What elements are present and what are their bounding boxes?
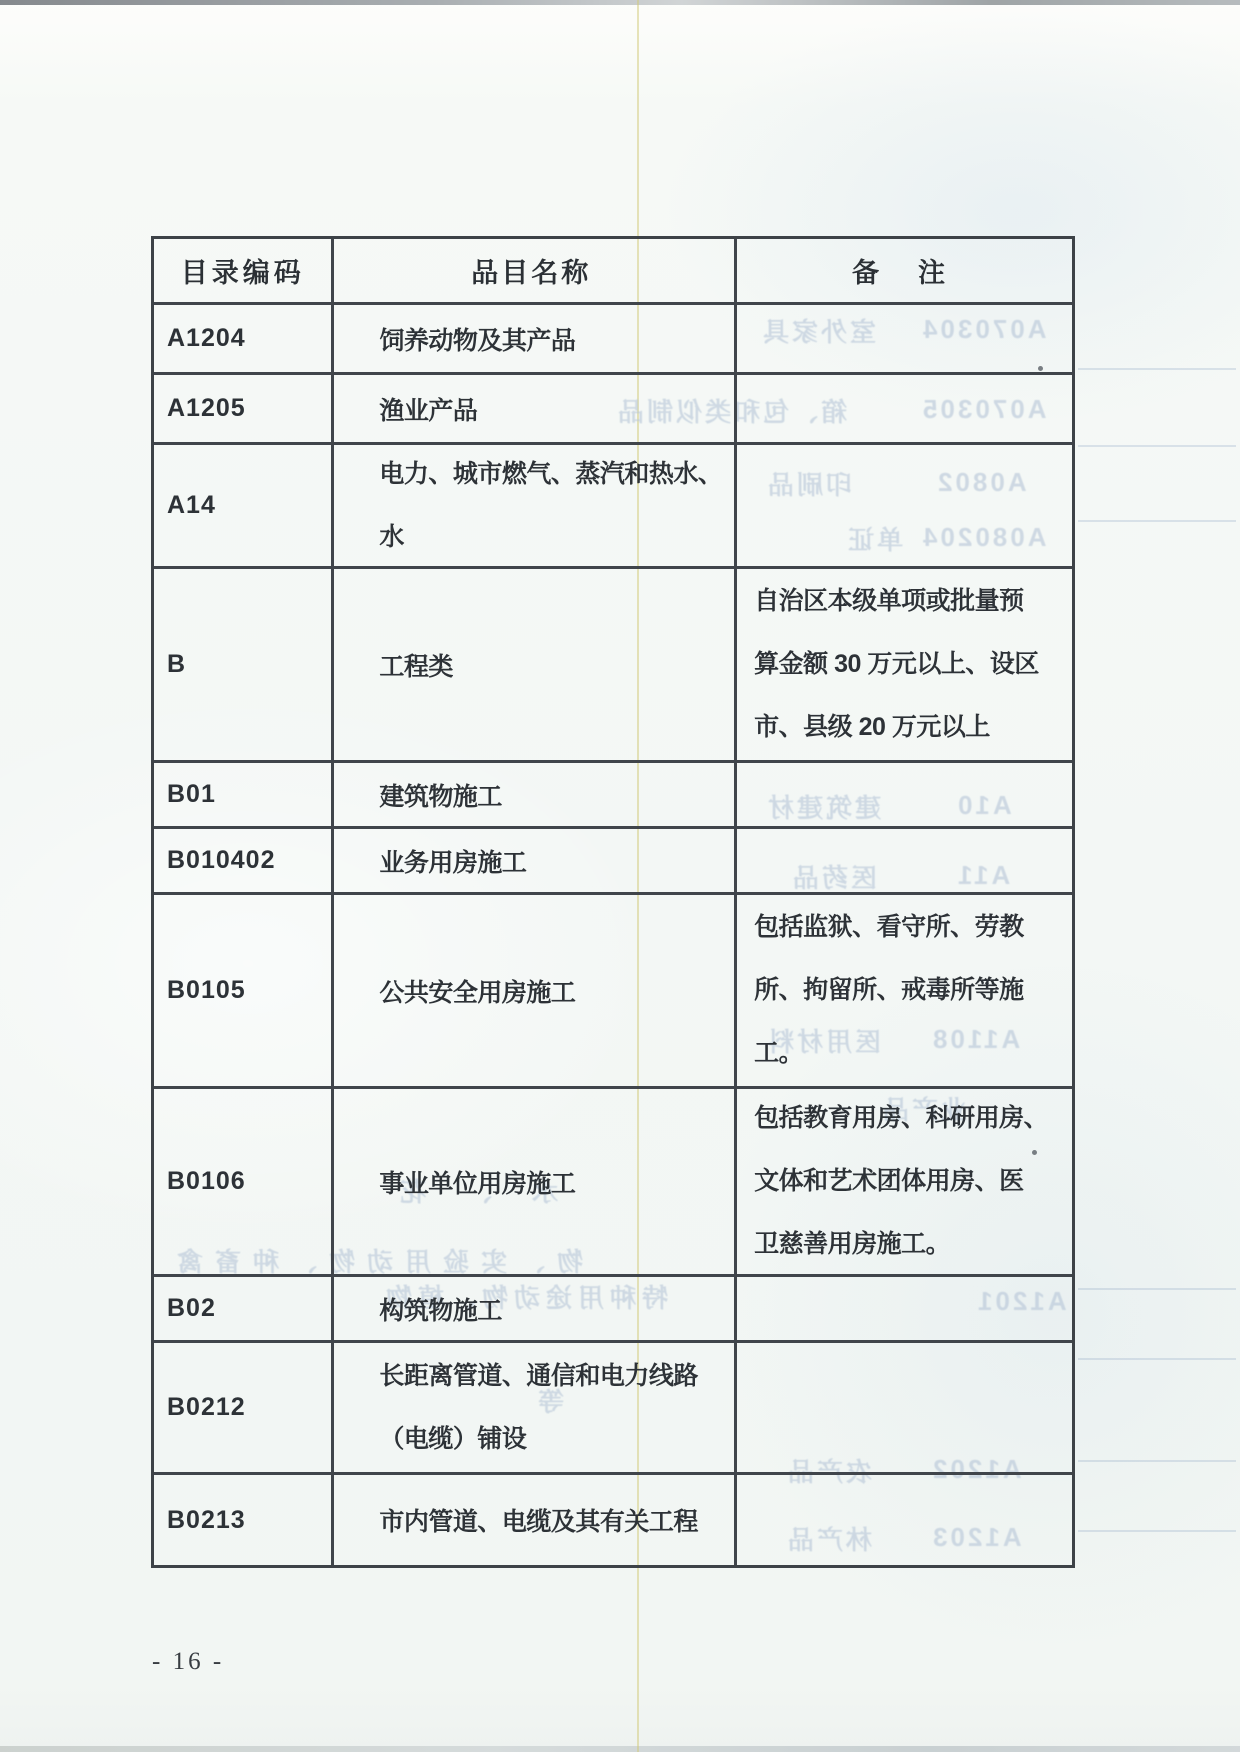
table-header-row: 目录编码 品目名称 备 注 <box>154 239 1072 305</box>
table-row: B010402 业务用房施工 <box>154 829 1072 895</box>
bleedthrough-line <box>1078 520 1236 522</box>
bleedthrough-line <box>1078 368 1236 370</box>
table-row: A1204 饲养动物及其产品 <box>154 305 1072 375</box>
cell-name: 构筑物施工 <box>334 1277 737 1340</box>
cell-remark: 自治区本级单项或批量预 算金额 30 万元以上、设区 市、县级 20 万元以上 <box>737 569 1072 760</box>
cell-name: 公共安全用房施工 <box>334 895 737 1086</box>
header-name: 品目名称 <box>334 239 737 302</box>
cell-code: B0105 <box>154 895 334 1086</box>
cell-remark <box>737 829 1072 892</box>
cell-code: A1204 <box>154 305 334 372</box>
cell-remark <box>737 1343 1072 1472</box>
header-remark: 备 注 <box>737 239 1072 302</box>
table-row: A14 电力、城市燃气、蒸汽和热水、 水 <box>154 445 1072 569</box>
cell-remark: 包括教育用房、科研用房、 文体和艺术团体用房、医 卫慈善用房施工。 <box>737 1089 1072 1274</box>
cell-code: B0212 <box>154 1343 334 1472</box>
cell-code: B010402 <box>154 829 334 892</box>
table-row: B0106 事业单位用房施工 包括教育用房、科研用房、 文体和艺术团体用房、医 … <box>154 1089 1072 1277</box>
cell-remark <box>737 445 1072 566</box>
cell-remark <box>737 1277 1072 1340</box>
cell-name: 渔业产品 <box>334 375 737 442</box>
cell-name: 市内管道、电缆及其有关工程 <box>334 1475 737 1565</box>
bleedthrough-line <box>1078 1288 1236 1290</box>
cell-code: B0106 <box>154 1089 334 1274</box>
page-number: - 16 - <box>152 1648 224 1676</box>
cell-remark <box>737 1475 1072 1565</box>
scan-edge-bottom <box>0 1746 1240 1752</box>
cell-remark <box>737 763 1072 826</box>
cell-code: A14 <box>154 445 334 566</box>
cell-remark: 包括监狱、看守所、劳教 所、拘留所、戒毒所等施 工。 <box>737 895 1072 1086</box>
cell-remark <box>737 375 1072 442</box>
cell-name: 业务用房施工 <box>334 829 737 892</box>
cell-code: B01 <box>154 763 334 826</box>
scan-edge-top <box>0 0 1240 5</box>
cell-name: 工程类 <box>334 569 737 760</box>
table-row: B01 建筑物施工 <box>154 763 1072 829</box>
cell-name: 建筑物施工 <box>334 763 737 826</box>
bleedthrough-line <box>1078 1530 1236 1532</box>
cell-code: A1205 <box>154 375 334 442</box>
table-row: B0213 市内管道、电缆及其有关工程 <box>154 1475 1072 1565</box>
table-row: B02 构筑物施工 <box>154 1277 1072 1343</box>
table-row: B0212 长距离管道、通信和电力线路 （电缆）铺设 <box>154 1343 1072 1475</box>
cell-remark <box>737 305 1072 372</box>
cell-code: B02 <box>154 1277 334 1340</box>
bleedthrough-line <box>1078 1358 1236 1360</box>
cell-name: 事业单位用房施工 <box>334 1089 737 1274</box>
cell-name: 长距离管道、通信和电力线路 （电缆）铺设 <box>334 1343 737 1472</box>
table-row: B 工程类 自治区本级单项或批量预 算金额 30 万元以上、设区 市、县级 20… <box>154 569 1072 763</box>
table-row: B0105 公共安全用房施工 包括监狱、看守所、劳教 所、拘留所、戒毒所等施 工… <box>154 895 1072 1089</box>
header-code: 目录编码 <box>154 239 334 302</box>
cell-name: 电力、城市燃气、蒸汽和热水、 水 <box>334 445 737 566</box>
table-row: A1205 渔业产品 <box>154 375 1072 445</box>
cell-code: B <box>154 569 334 760</box>
bleedthrough-line <box>1078 445 1236 447</box>
procurement-catalog-table: 目录编码 品目名称 备 注 A1204 饲养动物及其产品 A1205 渔业产品 … <box>151 236 1075 1568</box>
bleedthrough-line <box>1078 1460 1236 1462</box>
cell-name: 饲养动物及其产品 <box>334 305 737 372</box>
cell-code: B0213 <box>154 1475 334 1565</box>
